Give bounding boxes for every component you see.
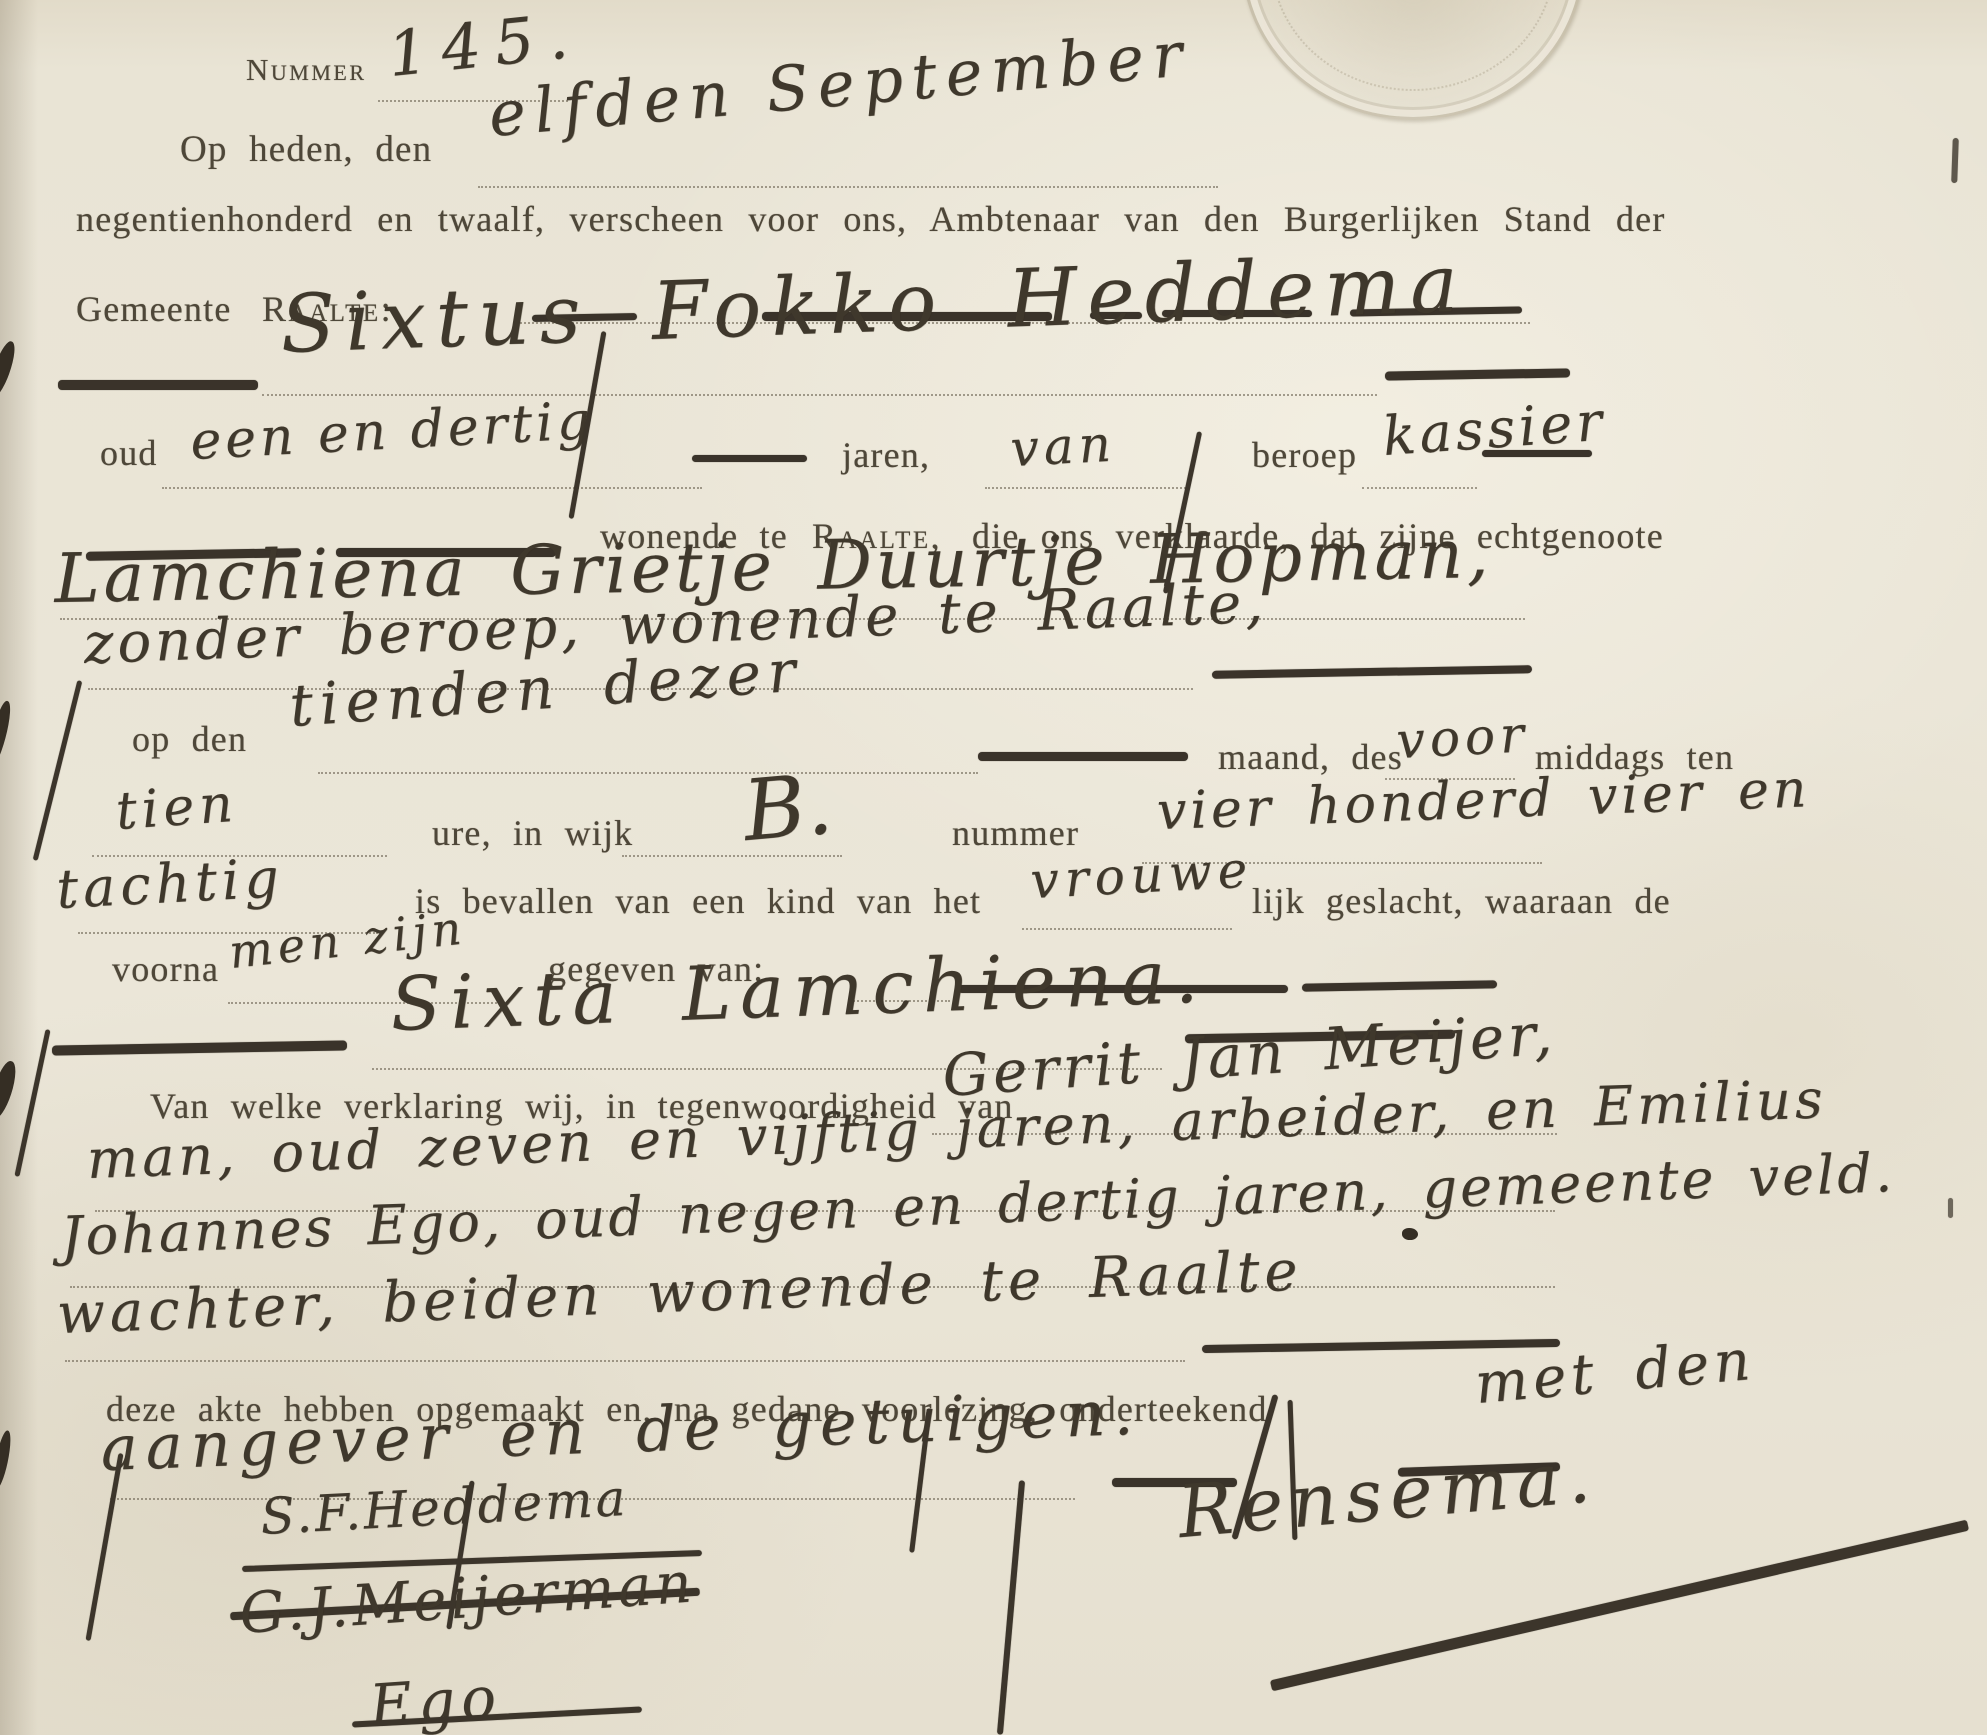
age-label: oud bbox=[100, 432, 158, 474]
year-official-line: negentienhonderd en twaalf, verscheen vo… bbox=[76, 198, 1666, 240]
pen-flourish-stroke bbox=[14, 1029, 50, 1177]
ink-dash bbox=[692, 455, 807, 462]
declarant-name-value: Sixtus Fokko Heddema bbox=[279, 237, 1469, 371]
dotted-fill-line bbox=[478, 186, 1218, 188]
years-label: jaren, bbox=[842, 434, 930, 476]
ink-dash bbox=[58, 380, 258, 390]
ink-dash bbox=[52, 1040, 347, 1055]
dotted-fill-line bbox=[162, 487, 702, 489]
age-value: een en dertig bbox=[189, 391, 596, 472]
ink-dash bbox=[1212, 665, 1532, 679]
hour-value: tien bbox=[114, 774, 240, 842]
number-label: Nummer bbox=[246, 52, 367, 88]
hour-label: ure, in wijk bbox=[432, 812, 633, 854]
born-label: is bevallen van een kind van het bbox=[415, 880, 981, 922]
profession-label: beroep bbox=[1252, 434, 1357, 476]
dotted-fill-line bbox=[622, 855, 842, 857]
pen-flourish-stroke bbox=[33, 680, 83, 861]
ink-dash bbox=[1385, 368, 1570, 380]
ink-dash bbox=[1482, 450, 1592, 457]
dotted-fill-line bbox=[1362, 487, 1477, 489]
margin-ink-mark bbox=[1951, 138, 1959, 183]
ink-dash bbox=[1302, 980, 1497, 991]
date-intro-label: Op heden, den bbox=[180, 128, 432, 171]
date-value: elfden September bbox=[486, 17, 1194, 151]
margin-ink-mark bbox=[0, 339, 20, 401]
embossed-seal-icon bbox=[1242, 0, 1584, 120]
dotted-fill-line bbox=[318, 772, 978, 774]
housenumber-label: nummer bbox=[952, 812, 1079, 854]
child-name-value: Sixta Lamchiena. bbox=[389, 934, 1208, 1048]
signature-official: Rensema. bbox=[1175, 1434, 1602, 1554]
signature-flourish-stroke bbox=[1270, 1520, 1969, 1692]
dotted-fill-line bbox=[65, 1360, 1185, 1362]
birthday-intro-label: op den bbox=[132, 718, 247, 760]
van-fill-value: van bbox=[1009, 415, 1117, 478]
ink-blot bbox=[1402, 1228, 1418, 1240]
ink-dash bbox=[978, 752, 1188, 761]
pen-flourish-stroke bbox=[997, 1480, 1025, 1735]
housenumber-value-2: tachtig bbox=[55, 846, 285, 921]
gender-suffix-label: lijk geslacht, waaraan de bbox=[1252, 880, 1671, 922]
birth-certificate-page: Nummer 145. Op heden, den elfden Septemb… bbox=[0, 0, 1987, 1735]
gender-value: vrouwe bbox=[1029, 840, 1255, 910]
dotted-fill-line bbox=[262, 394, 1377, 396]
daypart-value: voor bbox=[1395, 705, 1530, 770]
margin-ink-mark bbox=[0, 699, 15, 770]
month-label: maand, des bbox=[1218, 736, 1403, 778]
gemeente-label: Gemeente bbox=[76, 288, 232, 330]
dotted-fill-line bbox=[985, 487, 1190, 489]
names-prefix-label: voorna bbox=[112, 948, 219, 990]
margin-ink-mark bbox=[1948, 1198, 1953, 1218]
margin-ink-mark bbox=[0, 1429, 14, 1490]
district-value: B. bbox=[739, 755, 836, 860]
dotted-fill-line bbox=[1022, 928, 1232, 930]
signature-declarant: S.F.Heddema bbox=[259, 1469, 630, 1546]
margin-ink-mark bbox=[0, 1059, 21, 1122]
